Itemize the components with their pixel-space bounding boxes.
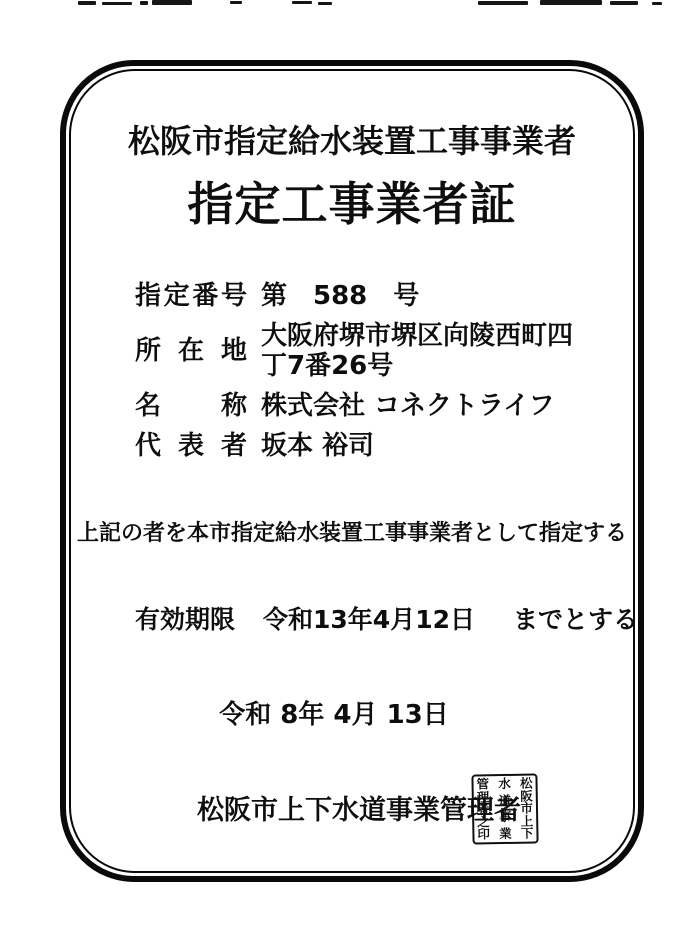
scan-artifact xyxy=(152,0,192,5)
validity-label: 有効期限 xyxy=(135,600,235,636)
field-row-representative: 代表者 坂本 裕司 xyxy=(135,431,595,462)
field-row-designation-number: 指定番号 第 588 号 xyxy=(135,281,595,312)
scan-artifact xyxy=(318,2,332,5)
field-value-designation-number: 第 588 号 xyxy=(261,281,595,312)
field-value-address: 大阪府堺市堺区向陵西町四丁7番26号 xyxy=(261,321,595,382)
validity-row: 有効期限 令和13年4月12日 までとする xyxy=(135,600,638,636)
field-label-address: 所在地 xyxy=(135,336,247,367)
field-value-company-name: 株式会社 コネクトライフ xyxy=(261,391,595,422)
designation-statement: 上記の者を本市指定給水装置工事事業者として指定する xyxy=(66,516,638,547)
field-list: 指定番号 第 588 号 所在地 大阪府堺市堺区向陵西町四丁7番26号 名称 株… xyxy=(135,281,595,461)
field-label-representative: 代表者 xyxy=(135,431,247,462)
scan-artifact xyxy=(102,2,132,5)
seal-column-right: 松阪市上下 xyxy=(520,778,534,840)
field-label-designation-number: 指定番号 xyxy=(135,281,247,312)
scan-artifact xyxy=(610,1,638,5)
field-row-company-name: 名称 株式会社 コネクトライフ xyxy=(135,391,595,422)
scan-artifact xyxy=(78,1,96,5)
scan-artifact xyxy=(140,1,148,5)
scan-artifact xyxy=(652,2,662,5)
certificate-title: 指定工事業者証 xyxy=(66,168,638,234)
scan-artifact xyxy=(292,1,312,4)
validity-suffix: までとする xyxy=(513,600,638,636)
scan-artifact xyxy=(540,0,602,5)
field-value-representative: 坂本 裕司 xyxy=(261,431,595,462)
issuer-title: 松阪市上下水道事業管理者 xyxy=(197,788,521,827)
issue-date: 令和 8年 4月 13日 xyxy=(66,694,638,731)
validity-date: 令和13年4月12日 xyxy=(263,600,475,636)
scan-artifact xyxy=(478,1,528,5)
certificate-subtitle: 松阪市指定給水装置工事事業者 xyxy=(66,116,638,162)
field-label-company-name: 名称 xyxy=(135,391,247,422)
field-row-address: 所在地 大阪府堺市堺区向陵西町四丁7番26号 xyxy=(135,321,595,382)
certificate-card: 松阪市指定給水装置工事事業者 指定工事業者証 指定番号 第 588 号 所在地 … xyxy=(60,60,644,882)
scan-artifact xyxy=(230,1,242,4)
